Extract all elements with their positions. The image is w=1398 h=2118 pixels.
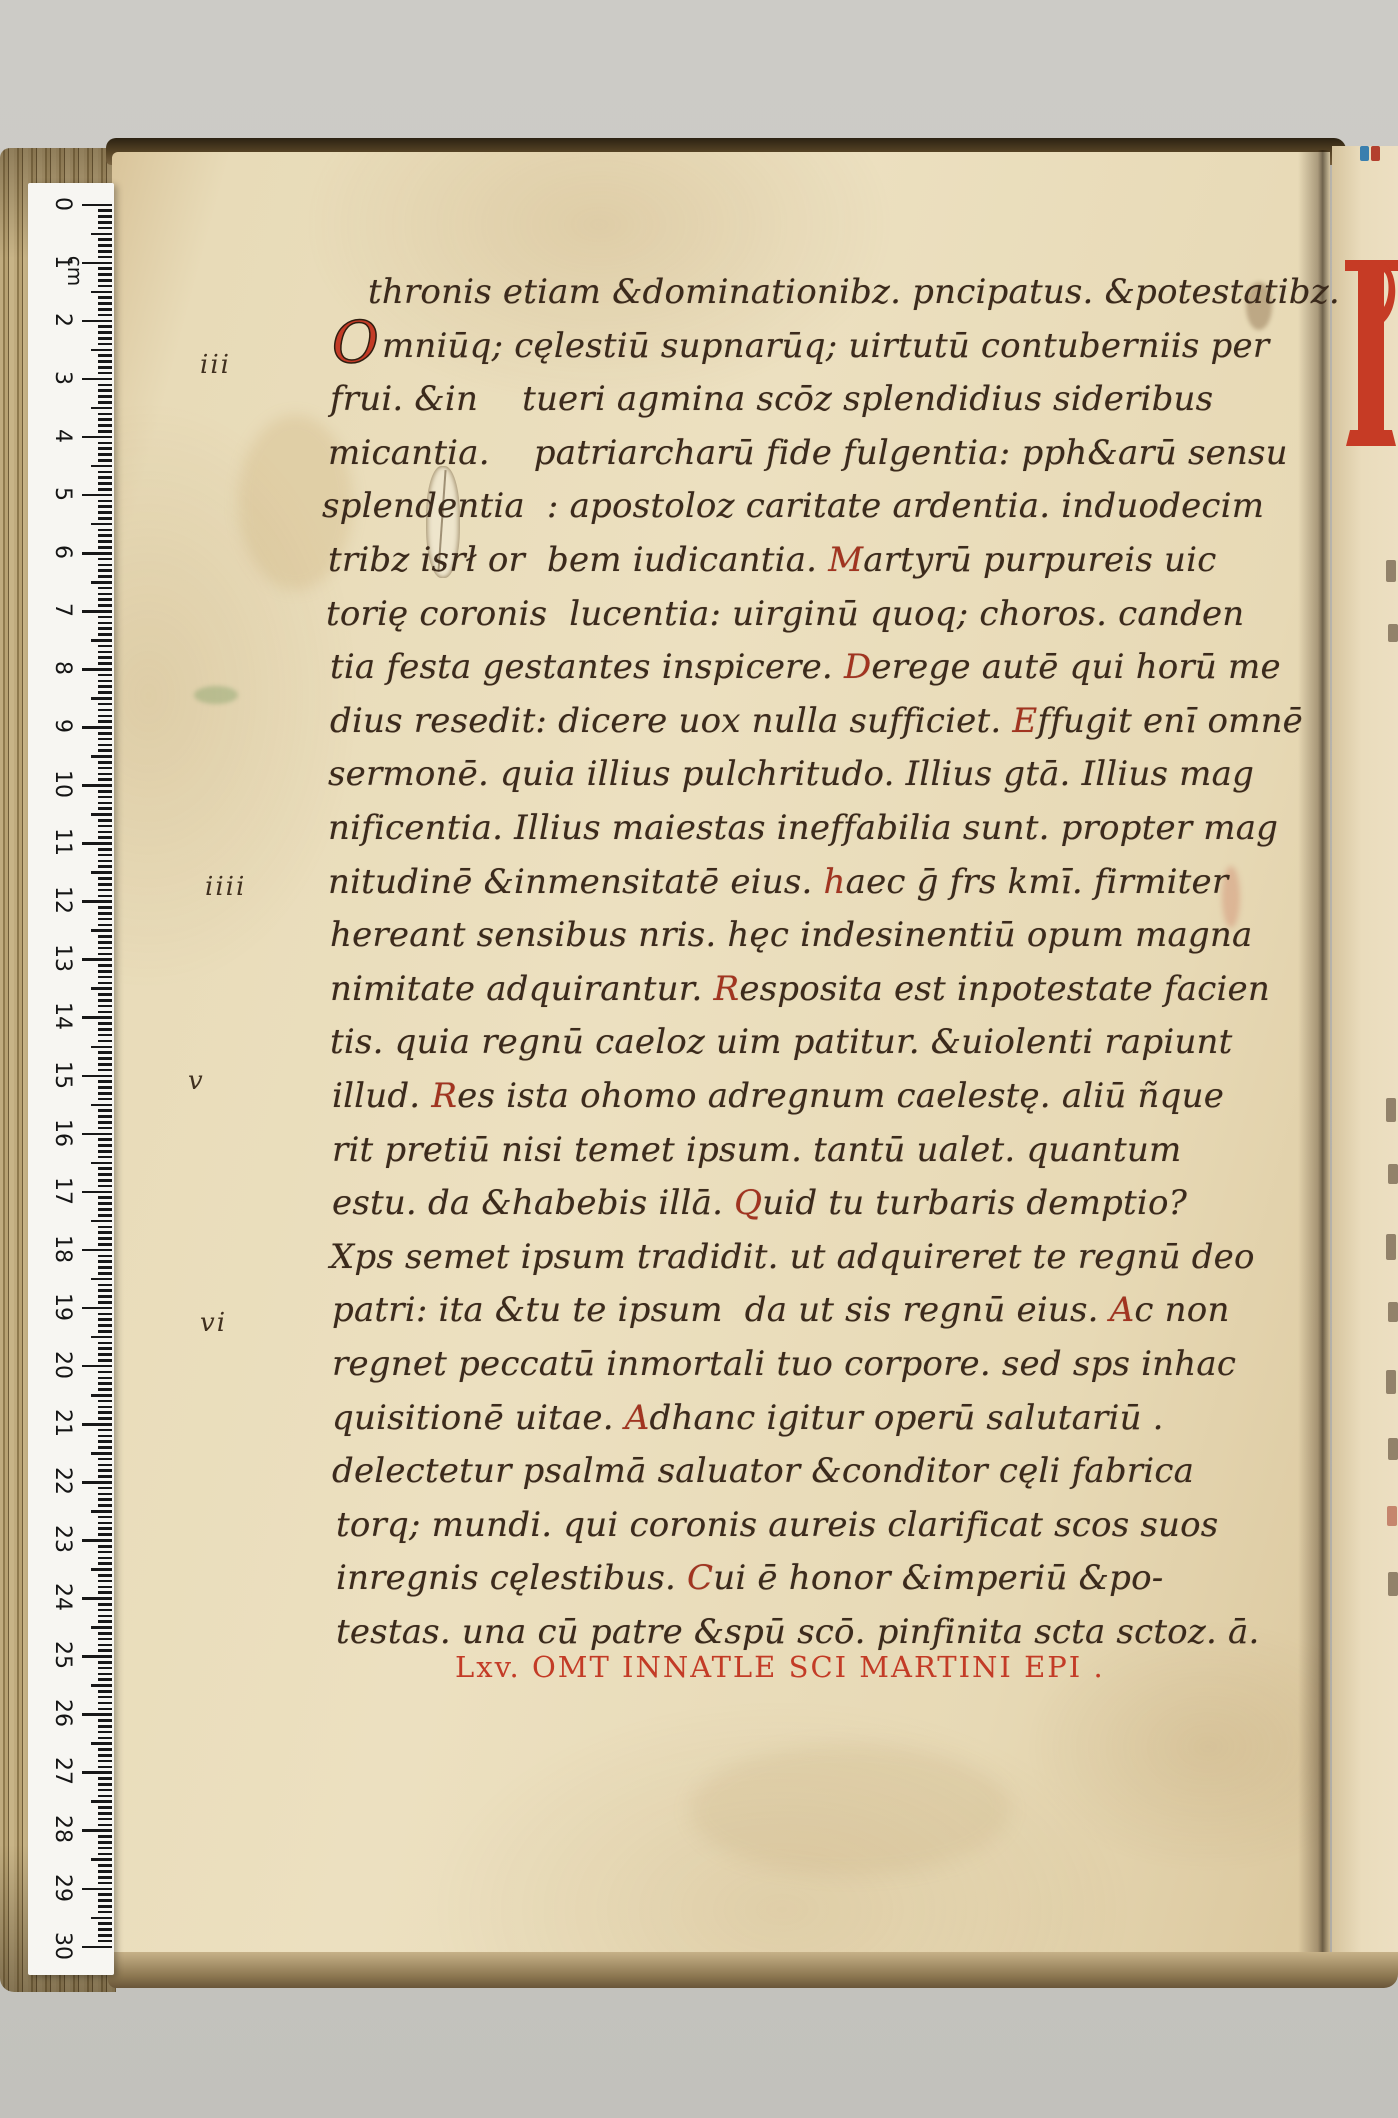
ruler-tick — [98, 1406, 112, 1409]
text-segment: aec ḡ frs kmī. firmiter — [846, 862, 1229, 902]
ruler-tick — [98, 732, 112, 735]
ruler-tick — [98, 1725, 112, 1728]
ruler-tick — [98, 534, 112, 537]
ruler-tick — [98, 1835, 112, 1838]
ruler-tick — [98, 970, 112, 973]
ruler-tick — [98, 976, 112, 979]
ruler-number: 25 — [50, 1642, 76, 1668]
ruler-number: 11 — [50, 829, 76, 855]
ruler-tick — [98, 1667, 112, 1670]
ruler-tick — [98, 1638, 112, 1641]
ruler-tick — [82, 1597, 112, 1600]
decorated-initial: O — [332, 310, 379, 376]
ruler-tick — [82, 1481, 112, 1484]
text-segment: mniūq; cęlestiū supnarūq; uirtutū contub… — [382, 326, 1269, 366]
ruler-tick — [98, 395, 112, 398]
ruler-tick — [98, 703, 112, 706]
ruler-tick — [98, 715, 112, 718]
ruler-tick — [98, 1208, 112, 1211]
ruler-tick — [82, 552, 112, 555]
ruler-tick — [98, 331, 112, 334]
ruler-tick — [98, 1284, 112, 1287]
ruler-tick — [82, 1946, 112, 1949]
ruler-number: 6 — [50, 539, 76, 565]
ruler-tick — [82, 262, 112, 265]
ruler-tick — [98, 749, 112, 752]
text-segment: tis. quia regnū caeloz uim patitur. &uio… — [330, 1022, 1233, 1062]
ruler-tick — [91, 1452, 112, 1455]
ruler-tick — [82, 1713, 112, 1716]
ruler-tick — [91, 1800, 112, 1803]
facing-text-fragment — [1388, 624, 1398, 642]
ruler-tick — [98, 1911, 112, 1914]
ruler-number: 2 — [50, 307, 76, 333]
ruler-tick — [98, 1226, 112, 1229]
ruler-tick — [98, 1870, 112, 1873]
bookmark-red — [1371, 146, 1380, 161]
ruler-tick — [82, 494, 112, 497]
manuscript-line: micantia. patriarcharū fide fulgentia: p… — [328, 433, 1288, 473]
ruler-number: 19 — [50, 1294, 76, 1320]
ruler-number: 1 — [50, 249, 76, 275]
ruler-tick — [91, 1917, 112, 1920]
red-initial: A — [625, 1398, 650, 1438]
ruler-tick — [98, 1899, 112, 1902]
ruler-tick — [98, 1527, 112, 1530]
ruler-tick — [98, 993, 112, 996]
text-segment: splendentia : apostoloz caritate ardenti… — [322, 486, 1264, 526]
ruler-tick — [82, 1655, 112, 1658]
ruler-number: 18 — [50, 1236, 76, 1262]
text-segment: thronis etiam &dominationibz. pncipatus.… — [368, 272, 1340, 312]
ruler-tick — [82, 958, 112, 961]
ruler-tick — [98, 633, 112, 636]
ruler-number: 23 — [50, 1526, 76, 1552]
text-segment: nitudinē &inmensitatē eius. — [328, 862, 824, 902]
manuscript-line: dius resedit: dicere uox nulla sufficiet… — [330, 701, 1303, 741]
ruler-tick — [98, 285, 112, 288]
ruler-tick — [82, 668, 112, 671]
ruler-tick — [98, 883, 112, 886]
ruler-tick — [98, 645, 112, 648]
text-segment: delectetur psalmā saluator &conditor cęl… — [332, 1451, 1194, 1491]
ruler-tick — [98, 947, 112, 950]
ruler-tick — [98, 1562, 112, 1565]
ruler-tick — [98, 471, 112, 474]
ruler-tick — [98, 279, 112, 282]
ruler-tick — [91, 1626, 112, 1629]
ruler-tick — [98, 540, 112, 543]
ruler-tick — [98, 1649, 112, 1652]
ruler-tick — [98, 1853, 112, 1856]
ruler-tick — [91, 1684, 112, 1687]
red-initial: A — [1110, 1290, 1135, 1330]
ruler-tick — [98, 825, 112, 828]
ruler-tick — [98, 1795, 112, 1798]
ruler-tick — [98, 1696, 112, 1699]
manuscript-line: rit pretiū nisi temet ipsum. tantū ualet… — [332, 1130, 1181, 1170]
ruler-tick — [98, 1475, 112, 1478]
manuscript-line: tis. quia regnū caeloz uim patitur. &uio… — [330, 1022, 1233, 1062]
rubric-line: Lxv. OMT INNATLE SCI MARTINI EPI . — [455, 1650, 1105, 1684]
ruler-tick — [98, 389, 112, 392]
ruler-tick — [98, 517, 112, 520]
ruler-tick — [98, 401, 112, 404]
ruler-number: 12 — [50, 887, 76, 913]
ruler-tick — [82, 1365, 112, 1368]
ruler-tick — [98, 1824, 112, 1827]
ruler-tick — [98, 773, 112, 776]
ruler-tick — [98, 1214, 112, 1217]
ruler-tick — [82, 1307, 112, 1310]
ruler-number: 5 — [50, 481, 76, 507]
ruler-tick — [98, 1121, 112, 1124]
ruler-tick — [98, 1806, 112, 1809]
red-initial: R — [431, 1076, 457, 1116]
ruler-tick — [98, 1127, 112, 1130]
ruler-tick — [82, 1191, 112, 1194]
facing-page-red-initial — [1338, 252, 1398, 452]
ruler-tick — [98, 1150, 112, 1153]
facing-text-fragment — [1388, 1164, 1398, 1184]
margin-numeral: vi — [200, 1308, 227, 1338]
ruler-tick — [98, 366, 112, 369]
ruler-tick — [98, 209, 112, 212]
ruler-tick — [98, 1940, 112, 1943]
ruler-tick — [98, 807, 112, 810]
text-segment: patri: ita &tu te ipsum da ut sis regnū … — [332, 1290, 1110, 1330]
book-bottom-edge — [108, 1952, 1398, 1988]
ruler-tick — [82, 378, 112, 381]
ruler-tick — [98, 384, 112, 387]
ruler-tick — [98, 1882, 112, 1885]
ruler-tick — [98, 354, 112, 357]
ruler-tick — [98, 1446, 112, 1449]
photograph: cm 0123456789101112131415161718192021222… — [0, 0, 1398, 2118]
bookmark-ribbon — [1360, 146, 1390, 162]
ruler-tick — [98, 796, 112, 799]
ruler-tick — [82, 1539, 112, 1542]
ruler-tick — [98, 1661, 112, 1664]
ruler-tick — [98, 1011, 112, 1014]
text-segment: Xps semet ipsum tradidit. ut adquireret … — [330, 1237, 1255, 1277]
ruler-tick — [98, 895, 112, 898]
ruler-tick — [98, 1231, 112, 1234]
ruler-tick — [98, 598, 112, 601]
ruler-tick — [82, 610, 112, 613]
ruler-number: 8 — [50, 655, 76, 681]
ruler-tick — [91, 1568, 112, 1571]
ruler-tick — [98, 848, 112, 851]
ruler-tick — [82, 204, 112, 207]
ruler-tick — [98, 877, 112, 880]
ruler-tick — [98, 651, 112, 654]
ruler-tick — [98, 691, 112, 694]
ruler-tick — [91, 1220, 112, 1223]
ruler-number: 21 — [50, 1410, 76, 1436]
text-segment: frui. &in tueri agmina scōz splendidius … — [330, 379, 1213, 419]
ruler-number: 15 — [50, 1062, 76, 1088]
text-segment: micantia. patriarcharū fide fulgentia: p… — [328, 433, 1288, 473]
facing-text-fragment — [1386, 1234, 1396, 1260]
ruler-tick — [98, 215, 112, 218]
ruler-number: 24 — [50, 1584, 76, 1610]
ruler-tick — [98, 1400, 112, 1403]
ruler-tick — [98, 1353, 112, 1356]
ruler-tick — [98, 476, 112, 479]
ruler-tick — [91, 1162, 112, 1165]
ruler-number: 20 — [50, 1352, 76, 1378]
text-segment: rit pretiū nisi temet ipsum. tantū ualet… — [332, 1130, 1181, 1170]
ruler-tick — [98, 738, 112, 741]
ruler-tick — [98, 906, 112, 909]
ruler-tick — [98, 360, 112, 363]
text-segment: erege autē qui horū me — [871, 647, 1280, 687]
ruler-tick — [98, 1708, 112, 1711]
facing-text-fragment — [1386, 1098, 1396, 1122]
ruler-tick — [98, 1057, 112, 1060]
ruler-number: 7 — [50, 597, 76, 623]
manuscript-line: illud. Res ista ohomo adregnum caelestę.… — [332, 1076, 1224, 1116]
ruler-tick — [82, 842, 112, 845]
text-segment: esposita est inpotestate facien — [739, 969, 1270, 1009]
ruler-tick — [98, 1487, 112, 1490]
text-segment: regnet peccatū inmortali tuo corpore. se… — [332, 1344, 1236, 1384]
ruler-tick — [98, 569, 112, 572]
ruler-tick — [98, 889, 112, 892]
ruler-tick — [98, 1551, 112, 1554]
ruler-tick — [98, 1092, 112, 1095]
ruler-tick — [98, 680, 112, 683]
manuscript-line: patri: ita &tu te ipsum da ut sis regnū … — [332, 1290, 1230, 1330]
ruler-tick — [91, 639, 112, 642]
margin-numeral: iii — [200, 350, 231, 380]
ruler-tick — [98, 1702, 112, 1705]
ruler-tick — [91, 465, 112, 468]
ruler-tick — [98, 1359, 112, 1362]
ruler-tick — [98, 1051, 112, 1054]
ruler-tick — [98, 1063, 112, 1066]
ruler-number: 0 — [50, 191, 76, 217]
ruler-tick — [98, 1516, 112, 1519]
ruler-tick — [98, 1893, 112, 1896]
ruler-tick — [98, 1620, 112, 1623]
ruler-tick — [91, 349, 112, 352]
ruler-tick — [98, 413, 112, 416]
ruler-tick — [98, 685, 112, 688]
ruler-tick — [98, 1417, 112, 1420]
text-segment: uid tu turbaris demptio? — [762, 1183, 1187, 1223]
ruler-tick — [98, 1313, 112, 1316]
ruler-tick — [98, 1609, 112, 1612]
ruler-tick — [91, 523, 112, 526]
ruler-tick — [91, 697, 112, 700]
ruler-number: 9 — [50, 713, 76, 739]
ruler-tick — [98, 325, 112, 328]
facing-text-fragment — [1388, 1572, 1398, 1596]
ruler-tick — [98, 418, 112, 421]
ruler-tick — [98, 1295, 112, 1298]
ruler-number: 29 — [50, 1875, 76, 1901]
ruler-tick — [98, 256, 112, 259]
ruler-tick — [98, 1783, 112, 1786]
ruler-tick — [91, 1104, 112, 1107]
manuscript-line: torq; mundi. qui coronis aureis clarific… — [336, 1505, 1218, 1545]
ruler-tick — [98, 1109, 112, 1112]
ruler-tick — [98, 1243, 112, 1246]
text-segment: dhanc igitur operū salutariū . — [650, 1398, 1164, 1438]
ruler-tick — [98, 558, 112, 561]
ruler-tick — [98, 267, 112, 270]
text-segment: es ista ohomo adregnum caelestę. aliū ñq… — [457, 1076, 1224, 1116]
ruler-tick — [98, 1458, 112, 1461]
ruler-tick — [98, 546, 112, 549]
text-segment: inregnis cęlestibus. — [336, 1558, 687, 1598]
ruler-tick — [82, 784, 112, 787]
ruler-tick — [98, 1644, 112, 1647]
ruler-tick — [98, 244, 112, 247]
ruler-tick — [98, 1069, 112, 1072]
text-segment: tribz isrł or bem iudicantia. — [328, 540, 828, 580]
ruler-tick — [91, 929, 112, 932]
ruler-tick — [98, 1690, 112, 1693]
manuscript-line: regnet peccatū inmortali tuo corpore. se… — [332, 1344, 1236, 1384]
ruler-number: 26 — [50, 1700, 76, 1726]
ruler-tick — [91, 1394, 112, 1397]
manuscript-line: Xps semet ipsum tradidit. ut adquireret … — [330, 1237, 1255, 1277]
ruler-tick — [98, 854, 112, 857]
ruler-tick — [82, 1423, 112, 1426]
ruler-tick — [98, 778, 112, 781]
text-segment: hereant sensibus nris. hęc indesinentiū … — [330, 915, 1252, 955]
red-initial: D — [844, 647, 871, 687]
red-initial: R — [714, 969, 740, 1009]
ruler-tick — [98, 912, 112, 915]
ruler-tick — [98, 1179, 112, 1182]
ruler-tick — [98, 1388, 112, 1391]
manuscript-line: inregnis cęlestibus. Cui ē honor &imperi… — [336, 1558, 1163, 1598]
ruler-tick — [98, 337, 112, 340]
ruler-number: 10 — [50, 771, 76, 797]
ruler-tick — [98, 1301, 112, 1304]
ruler-tick — [98, 616, 112, 619]
ruler-tick — [98, 1318, 112, 1321]
ruler-tick — [98, 1098, 112, 1101]
ruler-tick — [98, 1574, 112, 1577]
ruler-tick — [91, 1278, 112, 1281]
ruler-tick — [98, 1080, 112, 1083]
ruler-number: 28 — [50, 1816, 76, 1842]
margin-numeral: v — [188, 1066, 205, 1096]
ruler-tick — [91, 233, 112, 236]
ruler-tick — [98, 1766, 112, 1769]
ruler-tick — [98, 622, 112, 625]
ruler-tick — [98, 1435, 112, 1438]
ruler-tick — [98, 767, 112, 770]
ruler-tick — [98, 1777, 112, 1780]
ruler-tick — [98, 1144, 112, 1147]
measuring-ruler: cm 0123456789101112131415161718192021222… — [28, 183, 114, 1975]
ruler-tick — [98, 1504, 112, 1507]
ruler-tick — [98, 860, 112, 863]
ruler-tick — [98, 314, 112, 317]
manuscript-line: torię coronis lucentia: uirginū quoq; ch… — [326, 594, 1244, 634]
ruler-tick — [91, 813, 112, 816]
ruler-tick — [98, 529, 112, 532]
ruler-tick — [98, 1934, 112, 1937]
ruler-tick — [98, 273, 112, 276]
red-initial: E — [1012, 701, 1037, 741]
ruler-tick — [82, 900, 112, 903]
text-segment: dius resedit: dicere uox nulla sufficiet… — [330, 701, 1012, 741]
ruler-tick — [98, 1591, 112, 1594]
ruler-tick — [98, 1138, 112, 1141]
ruler-tick — [98, 564, 112, 567]
text-segment: quisitionē uitae. — [332, 1398, 625, 1438]
red-initial: M — [828, 540, 863, 580]
ruler-tick — [98, 1498, 112, 1501]
ruler-tick — [98, 227, 112, 230]
ruler-tick — [98, 1522, 112, 1525]
manuscript-line: splendentia : apostoloz caritate ardenti… — [322, 486, 1264, 526]
ruler-tick — [98, 1557, 112, 1560]
ruler-tick — [98, 453, 112, 456]
ruler-tick — [98, 424, 112, 427]
ruler-tick — [98, 1040, 112, 1043]
text-segment: torię coronis lucentia: uirginū quoq; ch… — [326, 594, 1244, 634]
ruler-tick — [98, 941, 112, 944]
ruler-tick — [98, 1928, 112, 1931]
ruler-tick — [98, 1028, 112, 1031]
ruler-number: 30 — [50, 1933, 76, 1959]
ruler-tick — [98, 1289, 112, 1292]
ruler-tick — [82, 1133, 112, 1136]
ruler-tick — [98, 1202, 112, 1205]
ruler-tick — [98, 1731, 112, 1734]
manuscript-line: tribz isrł or bem iudicantia. Martyrū pu… — [328, 540, 1216, 580]
ruler-tick — [82, 1771, 112, 1774]
manuscript-line: estu. da &habebis illā. Quid tu turbaris… — [332, 1183, 1187, 1223]
ruler-tick — [91, 581, 112, 584]
ruler-tick — [98, 709, 112, 712]
ruler-tick — [98, 221, 112, 224]
manuscript-line: delectetur psalmā saluator &conditor cęl… — [332, 1451, 1194, 1491]
red-initial: C — [687, 1558, 713, 1598]
ruler-tick — [98, 604, 112, 607]
text-segment: ui ē honor &imperiū &po- — [713, 1558, 1163, 1598]
ruler-tick — [98, 343, 112, 346]
ruler-tick — [98, 999, 112, 1002]
ruler-tick — [98, 1005, 112, 1008]
ruler-tick — [98, 442, 112, 445]
ruler-tick — [98, 1429, 112, 1432]
ruler-tick — [98, 505, 112, 508]
text-segment: artyrū purpureis uic — [863, 540, 1216, 580]
ruler-tick — [91, 1742, 112, 1745]
ruler-tick — [98, 674, 112, 677]
ruler-tick — [98, 587, 112, 590]
ruler-tick — [98, 1789, 112, 1792]
ruler-tick — [98, 656, 112, 659]
ruler-tick — [98, 790, 112, 793]
ruler-tick — [98, 1115, 112, 1118]
text-segment: tia festa gestantes inspicere. — [330, 647, 844, 687]
ruler-tick — [98, 1255, 112, 1258]
ruler-tick — [98, 1876, 112, 1879]
ruler-tick — [98, 1185, 112, 1188]
ruler-tick — [98, 238, 112, 241]
ruler-tick — [98, 1812, 112, 1815]
